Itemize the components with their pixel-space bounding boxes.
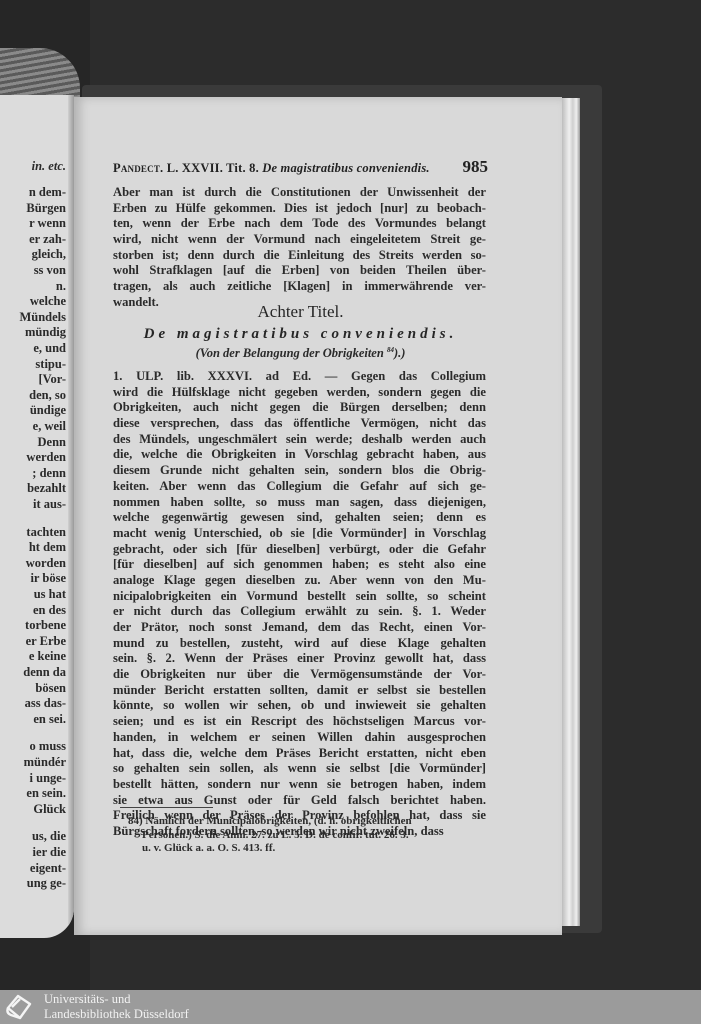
left-page-line: Mündels — [0, 310, 66, 326]
left-page-line: ir böse — [0, 571, 66, 587]
left-page-line: en sei. — [0, 712, 66, 728]
footer-line-1: Universitäts- und — [44, 992, 189, 1007]
text-line: seien; und es ist ein Rescript des höchs… — [113, 714, 486, 730]
running-title: Pandect. L. XXVII. Tit. 8. De magistrati… — [113, 161, 430, 176]
left-page-line: e, weil — [0, 419, 66, 435]
left-page-line: bezahlt — [0, 481, 66, 497]
footer-institution: Universitäts- und Landesbibliothek Düsse… — [44, 992, 189, 1022]
footer-line-2: Landesbibliothek Düsseldorf — [44, 1007, 189, 1022]
left-page-line: us hat — [0, 587, 66, 603]
left-page-line: r wenn — [0, 216, 66, 232]
left-page-line: n. — [0, 279, 66, 295]
text-line: wird, nicht wenn der Vormund nach eingel… — [113, 232, 486, 248]
text-line: die, welche die Obrigkeiten in Vorschlag… — [113, 447, 486, 463]
left-page-line: tachten — [0, 525, 66, 541]
running-title-latin: De magistratibus conveniendis. — [262, 161, 429, 175]
text-line: Obrigkeiten, auch nicht gegen die Bürgen… — [113, 400, 486, 416]
left-page-line: ier die — [0, 845, 66, 861]
text-line: analoge Klage gegen dieselben zu. Aber w… — [113, 573, 486, 589]
text-line: die Obrigkeiten nur über die Vermögensum… — [113, 667, 486, 683]
left-page-line: e keine — [0, 649, 66, 665]
paragraph-2: 1. ULP. lib. XXXVI. ad Ed. — Gegen das C… — [113, 369, 486, 840]
left-page-line: ass das- — [0, 696, 66, 712]
text-line: der Prätor, noch sonst Jemand, dem das R… — [113, 620, 486, 636]
running-title-book: L. XXVII. Tit. 8. — [167, 161, 259, 175]
footer-bar: Universitäts- und Landesbibliothek Düsse… — [0, 990, 701, 1024]
text-line: diesem Grunde nicht gehalten sein, sonde… — [113, 463, 486, 479]
left-page-line: er zah- — [0, 232, 66, 248]
left-page-line: o muss — [0, 739, 66, 755]
left-page-line: Denn — [0, 435, 66, 451]
page-number: 985 — [463, 157, 489, 177]
running-header: Pandect. L. XXVII. Tit. 8. De magistrati… — [113, 157, 488, 177]
footnote: 84) Nämlich der Municipalobrigkeiten, (d… — [128, 815, 488, 856]
left-page-line: welche — [0, 294, 66, 310]
text-line: bestellt hätten, sondern nur wenn sie be… — [113, 777, 486, 793]
left-page-line: us, die — [0, 829, 66, 845]
left-page-line: Bürgen — [0, 201, 66, 217]
left-page-line: torbene — [0, 618, 66, 634]
section-german-close: ).) — [394, 346, 405, 360]
footnote-line: u. v. Glück a. a. O. S. 413. ff. — [128, 842, 488, 856]
text-line: welche gegenwärtig gewesen sind, gehalte… — [113, 510, 486, 526]
left-page-line: worden — [0, 556, 66, 572]
left-page-line: e, und — [0, 341, 66, 357]
text-line: Aber man ist durch die Constitutionen de… — [113, 185, 486, 201]
text-line: sein. §. 2. Wenn der Präses einer Provin… — [113, 651, 486, 667]
left-page-line: denn da — [0, 665, 66, 681]
text-line: diese versprechen, dass das öffentliche … — [113, 416, 486, 432]
text-line: hat, dass die, welche dem Präses Bericht… — [113, 746, 486, 762]
text-line: keiten. Aber wenn das Collegium die Gefa… — [113, 479, 486, 495]
text-line: wohl Strafklagen [auf die Erben] von bei… — [113, 263, 486, 279]
section-german-text: (Von der Belangung der Obrigkeiten — [196, 346, 384, 360]
text-line: [für dieselben] auf sich genommen haben;… — [113, 557, 486, 573]
text-line: des Mündels, ungeschmälert sein werde; d… — [113, 432, 486, 448]
text-line: wird die Hülfsklage nicht gegeben werden… — [113, 385, 486, 401]
left-page-line: bösen — [0, 681, 66, 697]
left-page-line: ündige — [0, 403, 66, 419]
section-german-title: (Von der Belangung der Obrigkeiten 84).) — [113, 346, 488, 361]
left-page-line: er Erbe — [0, 634, 66, 650]
paragraph-1: Aber man ist durch die Constitutionen de… — [113, 185, 486, 311]
footnote-line: Personen.) S. die Anm. 27. zu L. 5. D. d… — [128, 829, 488, 843]
left-page-line: stipu- — [0, 357, 66, 373]
left-page-line: it aus- — [0, 497, 66, 513]
text-line: er nicht durch das Collegium erwählt zu … — [113, 604, 486, 620]
text-line: ten, wenn der Erbe nach dem Tode des Vor… — [113, 216, 486, 232]
section-latin-title: De magistratibus conveniendis. — [113, 326, 488, 343]
left-page-line: n dem- — [0, 185, 66, 201]
left-page: in. etc. n dem-Bürgenr wenner zah-gleich… — [0, 95, 74, 938]
footnote-line: 84) Nämlich der Municipalobrigkeiten, (d… — [128, 815, 488, 829]
left-page-line: i unge- — [0, 771, 66, 787]
left-page-header: in. etc. — [0, 159, 66, 175]
left-page-line: Glück — [0, 802, 66, 818]
left-page-line: ss von — [0, 263, 66, 279]
text-line: so gehalten sein sollen, als wenn sie se… — [113, 761, 486, 777]
left-page-line: eigent- — [0, 861, 66, 877]
footnote-reference: 84 — [387, 346, 394, 354]
text-line: gebracht, oder sich [für dieselben] verb… — [113, 542, 486, 558]
text-line: Erben zu Hülfe gekommen. Dies ist jedoch… — [113, 201, 486, 217]
left-page-line: ; denn — [0, 466, 66, 482]
left-page-line: [Vor- — [0, 372, 66, 388]
left-page-line: en sein. — [0, 786, 66, 802]
text-line: münder Bericht erstatten sollten, damit … — [113, 683, 486, 699]
text-line: 1. ULP. lib. XXXVI. ad Ed. — Gegen das C… — [113, 369, 486, 385]
section-title: Achter Titel. — [113, 302, 488, 322]
left-page-line: en des — [0, 603, 66, 619]
text-line: könnte, so wollen wir sehen, ob und inwi… — [113, 698, 486, 714]
left-page-line: mündér — [0, 755, 66, 771]
left-page-line: den, so — [0, 388, 66, 404]
left-page-line: ht dem — [0, 540, 66, 556]
footnote-rule — [120, 807, 213, 808]
page-edges — [562, 98, 580, 926]
text-line: storben ist; denn durch die Einleitung d… — [113, 248, 486, 264]
text-line: mund zu bestellen, zusteht, wird auf die… — [113, 636, 486, 652]
left-page-line: ung ge- — [0, 876, 66, 892]
book-logo-icon — [4, 993, 34, 1021]
text-line: nommen haben sollte, so muss man sagen, … — [113, 495, 486, 511]
text-line: sie etwa aus Gunst oder für Geld falsch … — [113, 793, 486, 809]
left-page-line: mündig — [0, 325, 66, 341]
text-line: nicipalobrigkeiten ein Vormund bestellt … — [113, 589, 486, 605]
left-page-line: werden — [0, 450, 66, 466]
text-line: handen, in welchem er seinen Willen dahi… — [113, 730, 486, 746]
left-page-line: gleich, — [0, 247, 66, 263]
running-title-prefix: Pandect. — [113, 161, 163, 175]
text-line: macht wenig Unterschied, ob sie [die Vor… — [113, 526, 486, 542]
text-line: tragen, als auch zeitliche [Klagen] in i… — [113, 279, 486, 295]
